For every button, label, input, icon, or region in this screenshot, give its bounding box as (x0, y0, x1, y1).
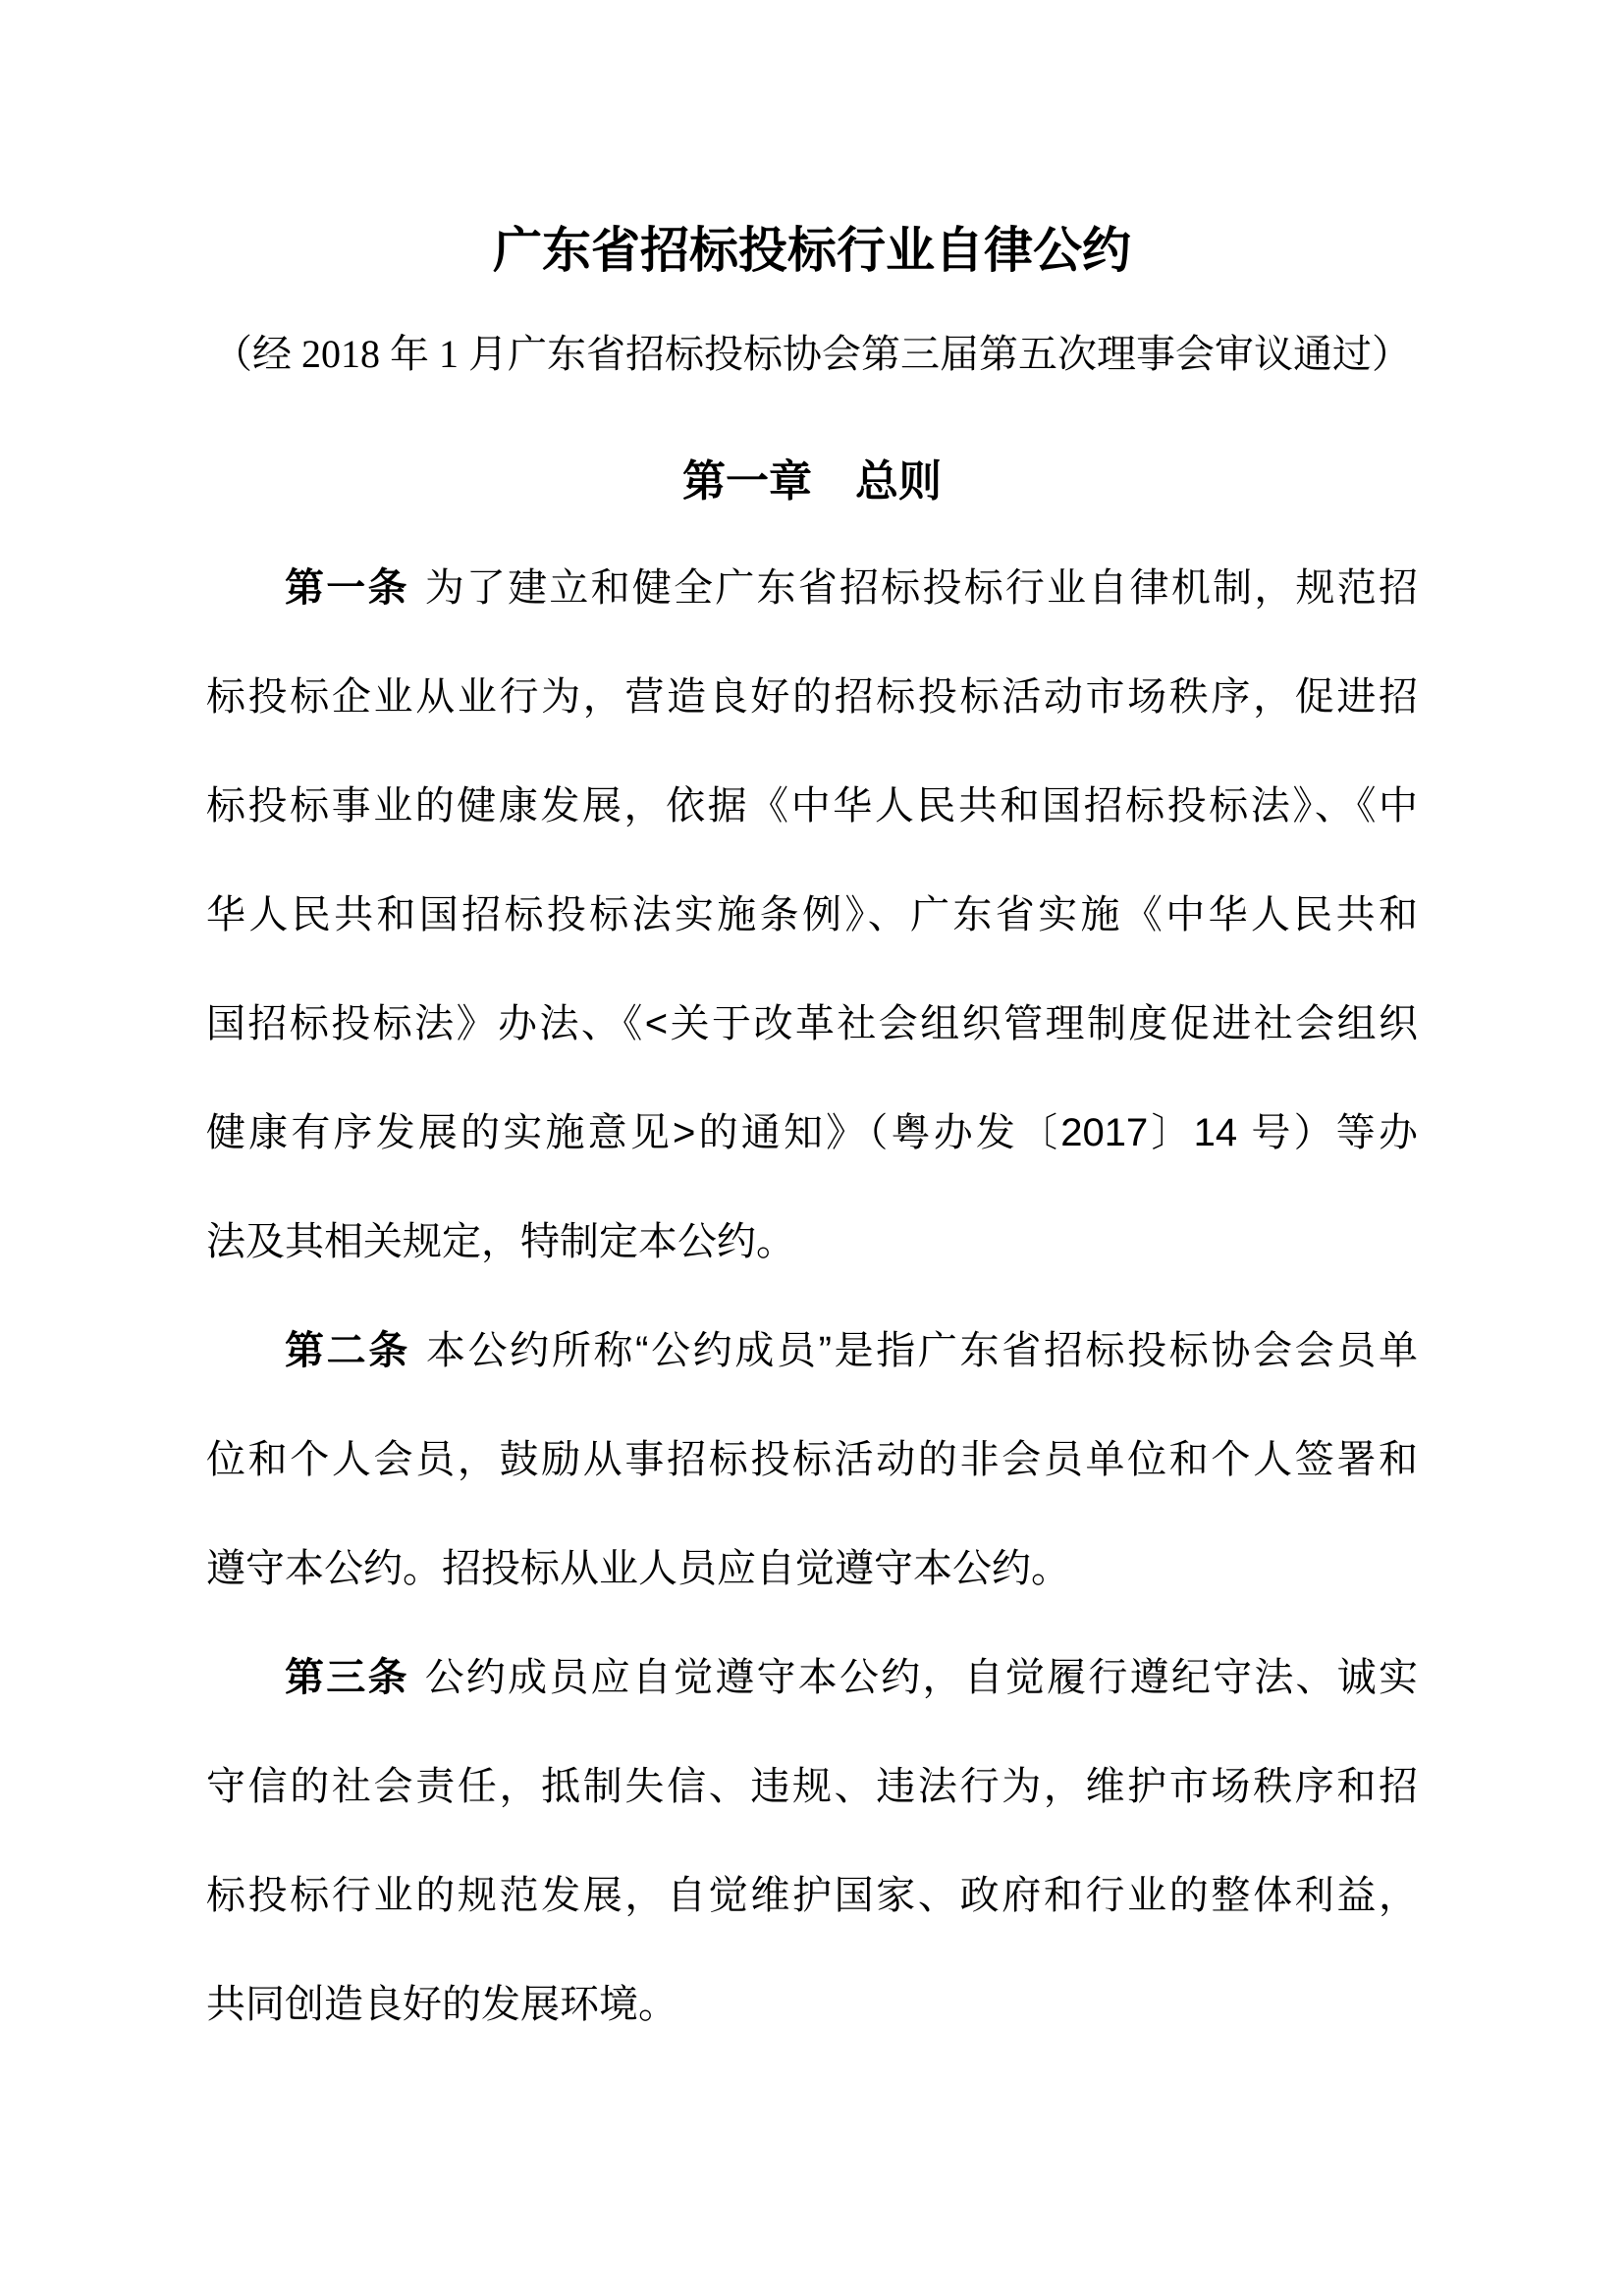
article-line: 共同创造良好的发展环境。 (206, 1950, 1418, 2059)
article-line: 标投标行业的规范发展，自觉维护国家、政府和行业的整体利益， (206, 1842, 1418, 1950)
article-line: 守信的社会责任，抵制失信、违规、违法行为，维护市场秩序和招 (206, 1733, 1418, 1842)
document-body: 第一条为了建立和健全广东省招标投标行业自律机制，规范招标投标企业从业行为，营造良… (206, 534, 1418, 2059)
article-line: 位和个人会员，鼓励从事招标投标活动的非会员单位和个人签署和 (206, 1406, 1418, 1515)
article-label: 第二条 (285, 1329, 410, 1372)
article-line: 第二条本公约所称“公约成员”是指广东省招标投标协会会员单 (206, 1297, 1418, 1406)
approval-note: （经 2018 年 1 月广东省招标投标协会第三届第五次理事会审议通过） (206, 326, 1418, 383)
article-line: 第一条为了建立和健全广东省招标投标行业自律机制，规范招 (206, 534, 1418, 643)
chapter-heading: 第一章 总则 (206, 454, 1418, 510)
article-line: 国招标投标法》办法、《<关于改革社会组织管理制度促进社会组织 (206, 970, 1418, 1079)
article-line: 标投标企业从业行为，营造良好的招标投标活动市场秩序，促进招 (206, 643, 1418, 752)
document-page: 广东省招标投标行业自律公约 （经 2018 年 1 月广东省招标投标协会第三届第… (0, 0, 1624, 2296)
article-line: 华人民共和国招标投标法实施条例》、广东省实施《中华人民共和 (206, 861, 1418, 970)
article-label: 第三条 (285, 1656, 409, 1699)
article-line: 第三条公约成员应自觉遵守本公约，自觉履行遵纪守法、诚实 (206, 1624, 1418, 1733)
article-line: 健康有序发展的实施意见>的通知》（粤办发〔2017〕14 号）等办 (206, 1079, 1418, 1188)
article-label: 第一条 (285, 566, 409, 610)
article-line: 法及其相关规定，特制定本公约。 (206, 1188, 1418, 1297)
article-line: 遵守本公约。招投标从业人员应自觉遵守本公约。 (206, 1515, 1418, 1624)
article-line: 标投标事业的健康发展，依据《中华人民共和国招标投标法》、《中 (206, 752, 1418, 861)
document-title: 广东省招标投标行业自律公约 (206, 218, 1418, 283)
